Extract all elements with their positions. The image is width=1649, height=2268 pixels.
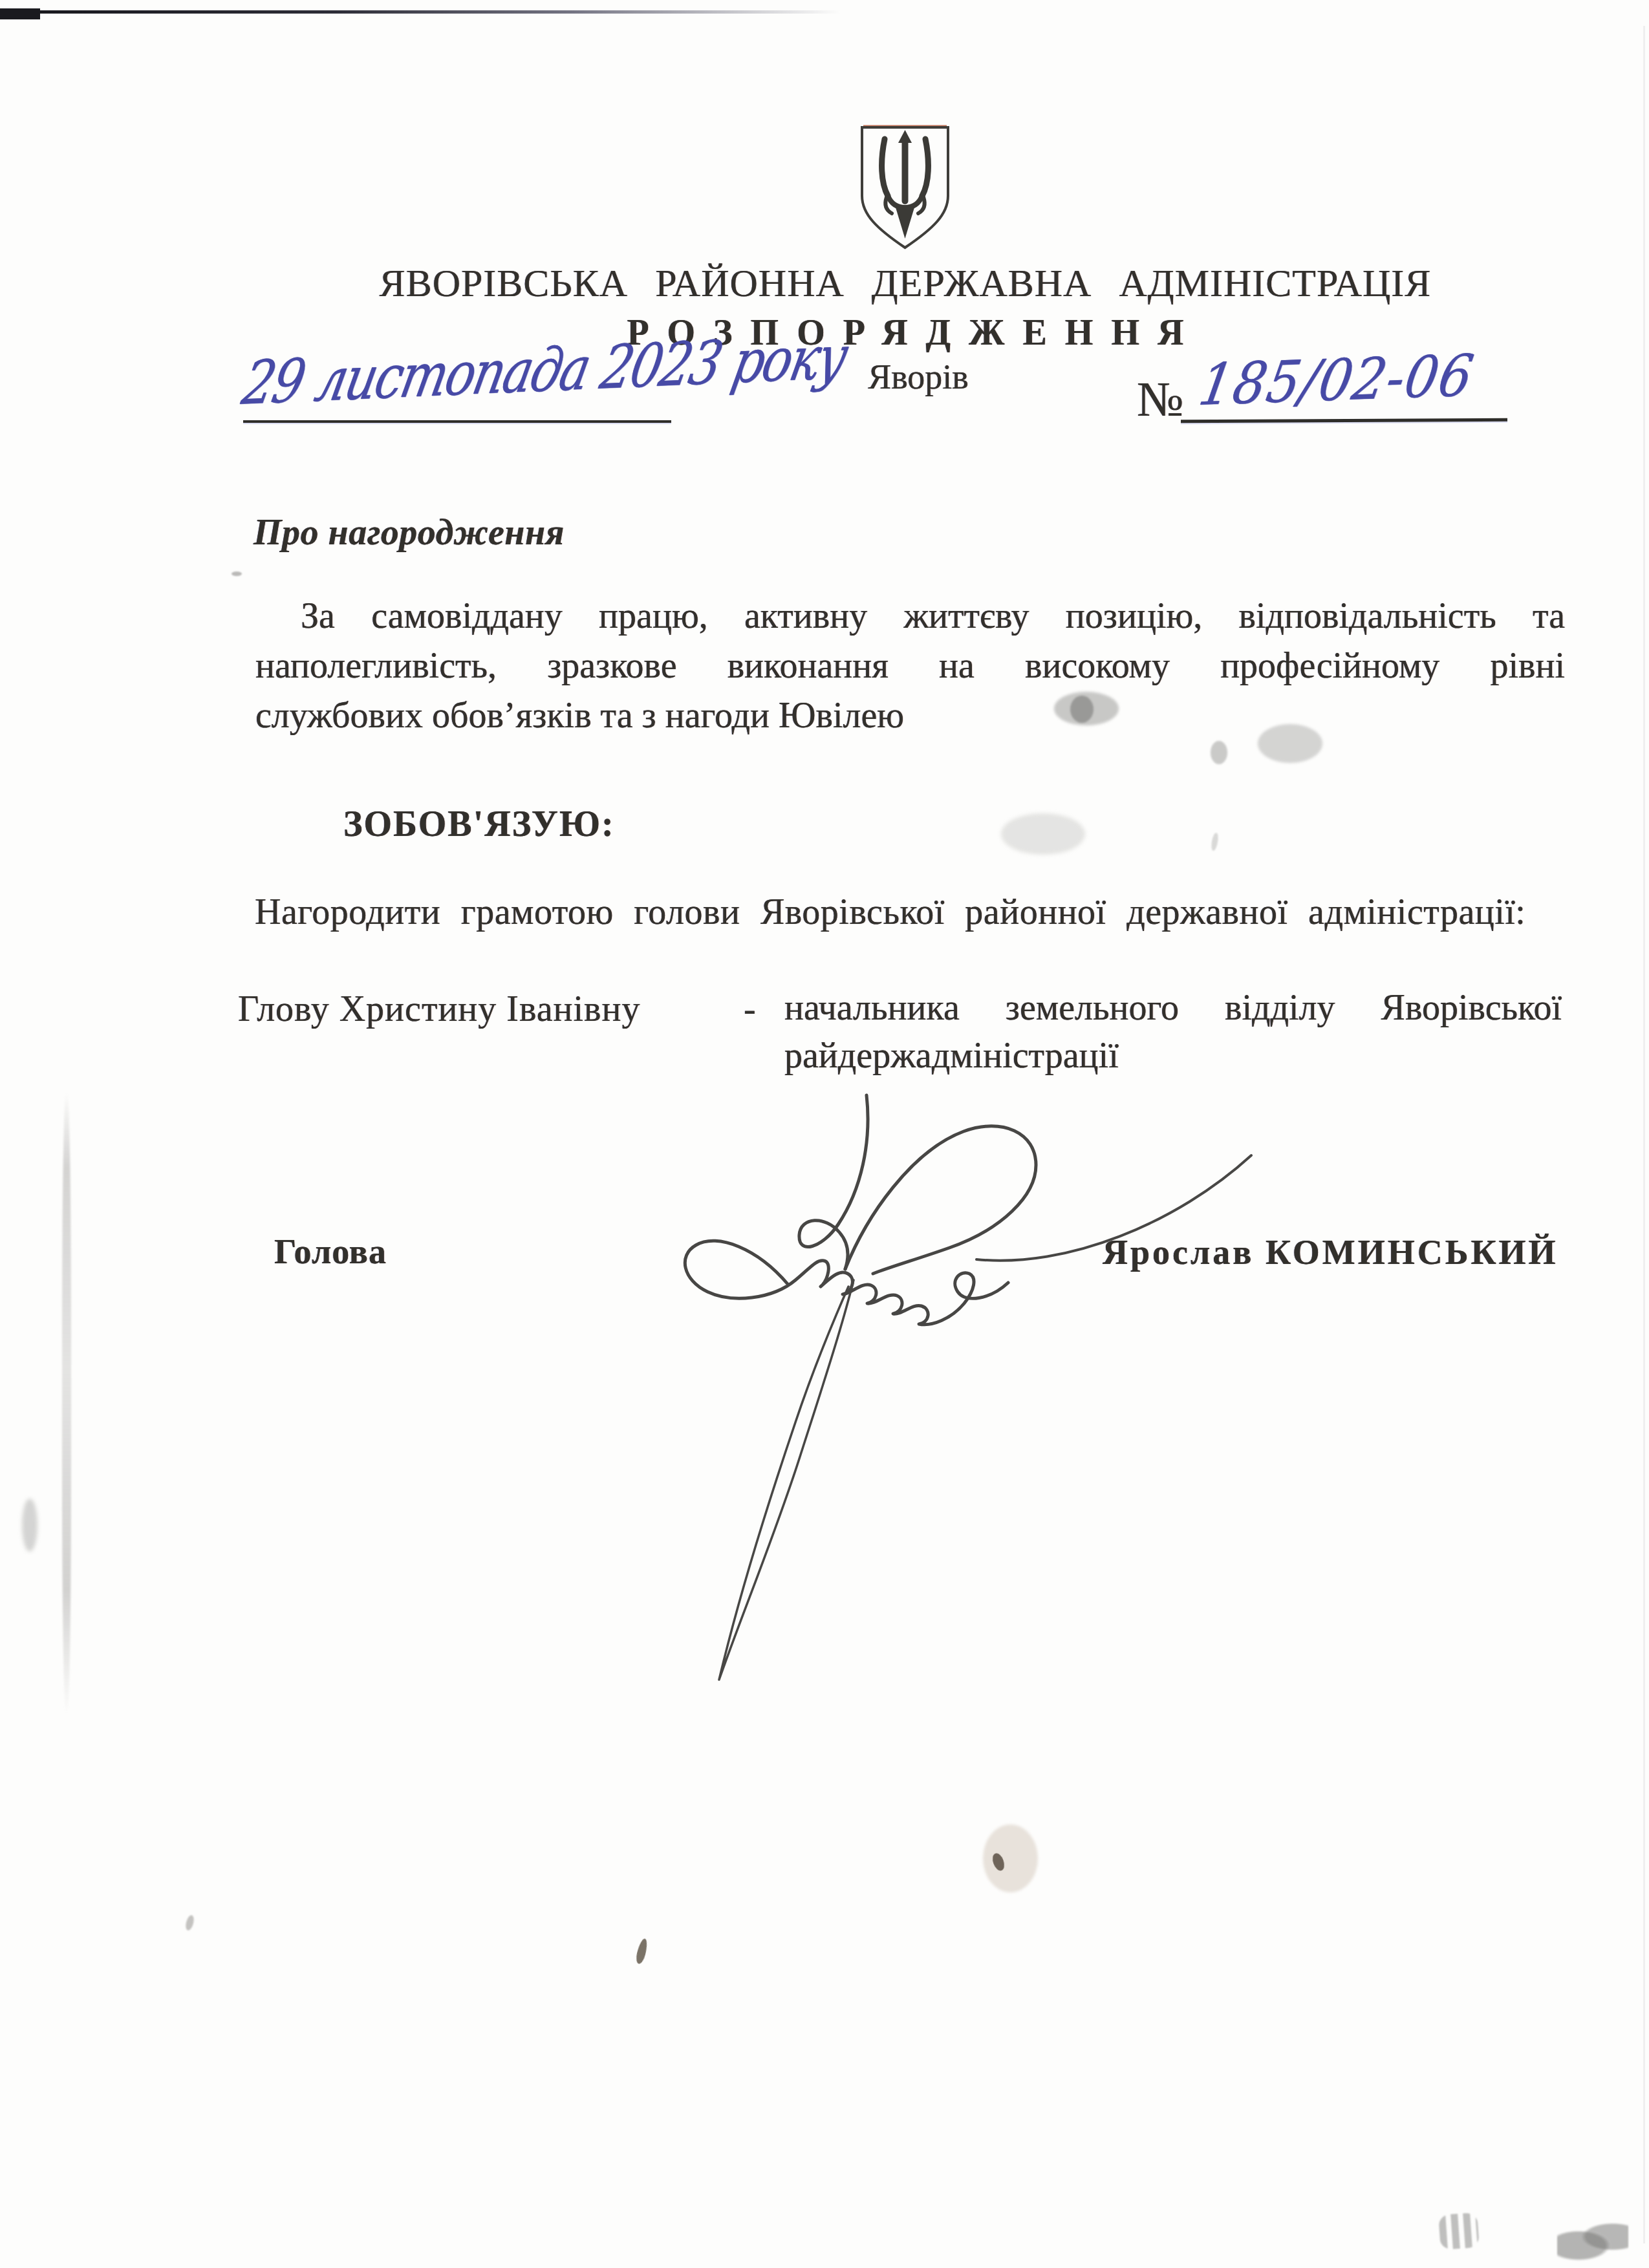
body-paragraph: За самовіддану працю, активну життєву по…: [255, 592, 1565, 741]
scan-smudge: [1258, 724, 1322, 763]
place-name: Яворів: [821, 359, 1015, 394]
scan-smudge: [22, 1499, 38, 1552]
paragraph-line: За самовіддану працю, активну життєву по…: [255, 592, 1565, 641]
awardee-title-line: начальника земельного відділу Яворівсько…: [784, 984, 1562, 1032]
column-dash: -: [744, 991, 756, 1027]
scan-smudge: [983, 1824, 1038, 1892]
scanned-document-page: ЯВОРІВСЬКА РАЙОННА ДЕРЖАВНА АДМІНІСТРАЦІ…: [0, 0, 1649, 2268]
scan-edge-line: [0, 10, 841, 14]
obligation-heading: ЗОБОВ'ЯЗУЮ:: [343, 806, 615, 842]
scan-smudge: [184, 1914, 195, 1931]
awardee-title: начальника земельного відділу Яворівсько…: [784, 984, 1562, 1080]
scan-streak: [62, 1093, 71, 1713]
scan-smudge: [1001, 813, 1085, 855]
number-underline: [1181, 418, 1507, 423]
ukraine-trident-emblem-icon: [858, 123, 952, 251]
scan-smudge: [232, 572, 242, 576]
scan-smudge: [1438, 2212, 1480, 2250]
scan-edge-corner: [0, 8, 40, 19]
awardee-title-line: райдержадміністрації: [784, 1032, 1562, 1080]
subject-line: Про нагородження: [253, 515, 565, 551]
scan-smudge: [1211, 741, 1227, 764]
scan-smudge: [634, 1938, 649, 1965]
handwritten-number: 185/02-06: [1195, 347, 1478, 414]
scan-smudge: [1070, 696, 1094, 723]
signer-role: Голова: [274, 1234, 387, 1269]
paragraph-line: службових обов’язків та з нагоди Ювілею: [255, 691, 1565, 741]
scan-smudge: [1211, 832, 1220, 851]
signature-scribble-icon: [640, 1086, 1293, 1694]
paragraph-line: наполегливість, зразкове виконання на ви…: [255, 641, 1565, 691]
number-sign: №: [1137, 375, 1184, 424]
date-underline: [243, 420, 671, 423]
award-sentence: Нагородити грамотою голови Яворівської р…: [255, 894, 1525, 930]
org-name-title: ЯВОРІВСЬКА РАЙОННА ДЕРЖАВНА АДМІНІСТРАЦІ…: [255, 264, 1555, 303]
scan-right-edge: [1643, 26, 1645, 2243]
awardee-name: Глову Христину Іванівну: [238, 991, 640, 1027]
scan-smudge: [1557, 2221, 1628, 2262]
